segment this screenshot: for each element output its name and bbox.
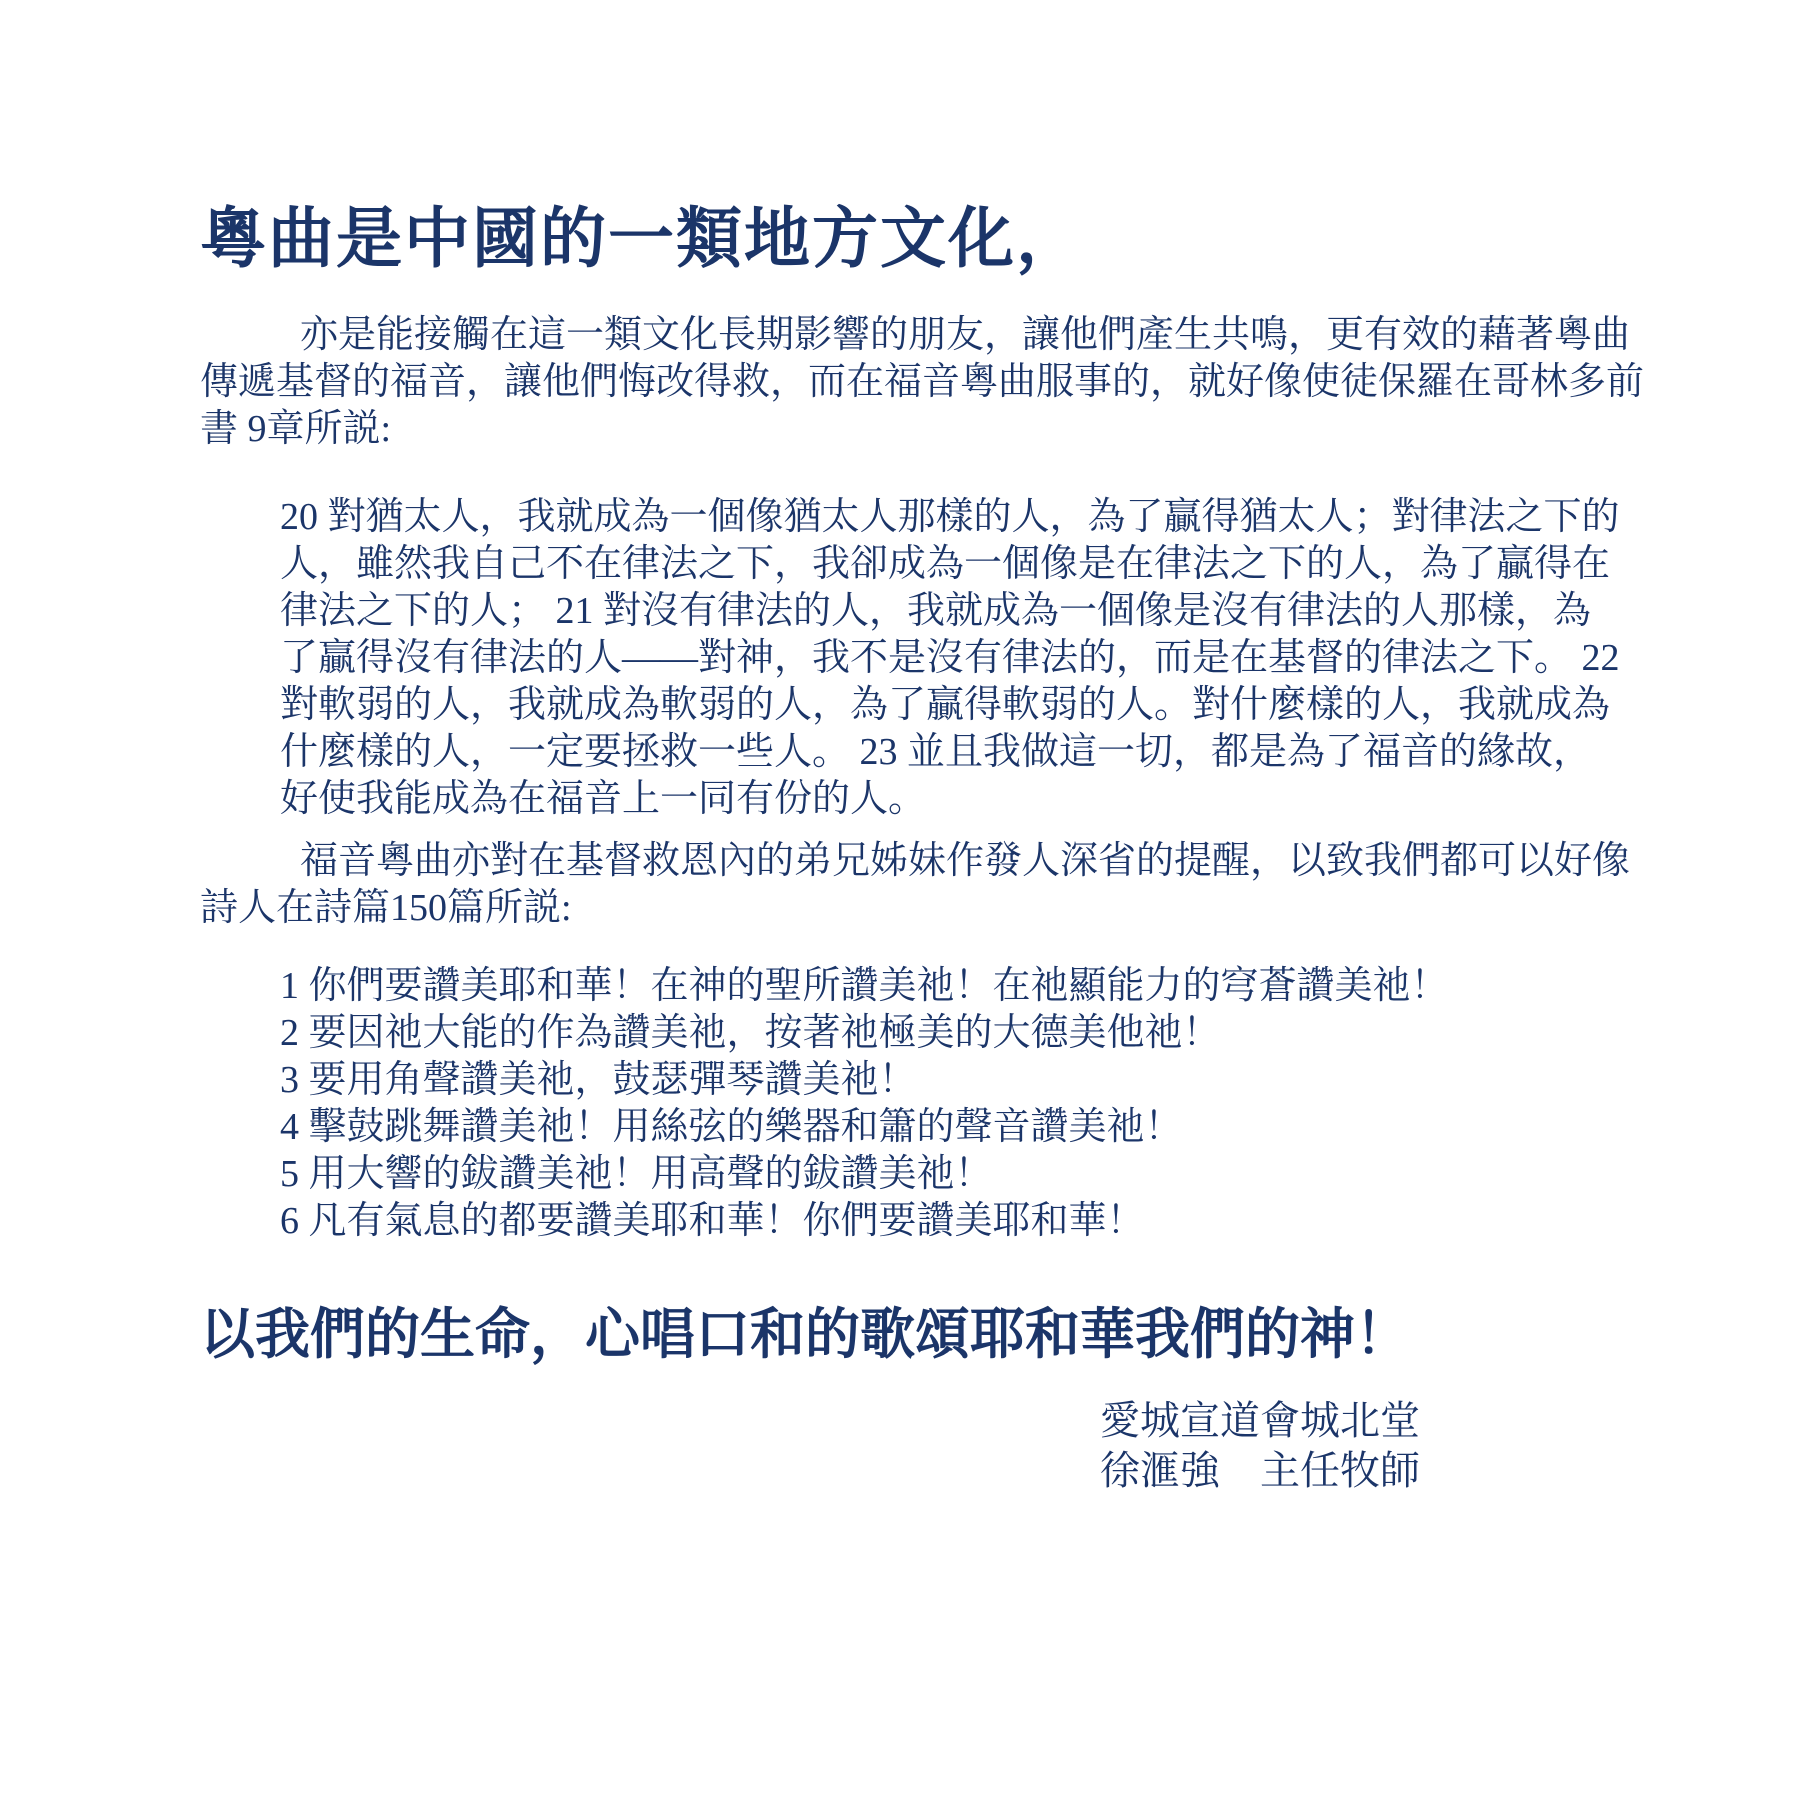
signature-church-name: 愛城宣道會城北堂 [200, 1396, 1420, 1446]
psalm-150-verse: 4 擊鼓跳舞讚美祂！用絲弦的樂器和簫的聲音讚美祂！ [280, 1104, 1449, 1151]
signature-pastor-name: 徐滙強 主任牧師 [200, 1446, 1420, 1496]
paragraph-intro-line: 書 9章所説: [200, 406, 1644, 453]
paragraph-intro: 亦是能接觸在這一類文化長期影響的朋友，讓他們產生共鳴，更有效的藉著粵曲 傳遞基督… [200, 312, 1644, 453]
quote-corinthians-line: 了贏得沒有律法的人——對神，我不是沒有律法的，而是在基督的律法之下。 22 [280, 635, 1620, 682]
document-page: 粵曲是中國的一類地方文化， 亦是能接觸在這一類文化長期影響的朋友，讓他們產生共鳴… [0, 0, 1800, 1800]
paragraph-intro-line: 亦是能接觸在這一類文化長期影響的朋友，讓他們產生共鳴，更有效的藉著粵曲 [200, 312, 1644, 359]
quote-corinthians-line: 人，雖然我自己不在律法之下，我卻成為一個像是在律法之下的人，為了贏得在 [280, 541, 1620, 588]
psalm-150-verse: 6 凡有氣息的都要讚美耶和華！你們要讚美耶和華！ [280, 1198, 1449, 1245]
paragraph-psalm-intro: 福音粵曲亦對在基督救恩內的弟兄姊妹作發人深省的提醒，以致我們都可以好像 詩人在詩… [200, 838, 1630, 932]
quote-corinthians-line: 20 對猶太人，我就成為一個像猶太人那樣的人，為了贏得猶太人；對律法之下的 [280, 494, 1620, 541]
paragraph-psalm-intro-line: 詩人在詩篇150篇所説: [200, 885, 1630, 932]
quote-corinthians-line: 對軟弱的人，我就成為軟弱的人，為了贏得軟弱的人。對什麼樣的人，我就成為 [280, 682, 1620, 729]
quote-corinthians-line: 什麼樣的人，一定要拯救一些人。 23 並且我做這一切，都是為了福音的緣故， [280, 729, 1620, 776]
psalm-150-verse: 1 你們要讚美耶和華！在神的聖所讚美祂！在祂顯能力的穹蒼讚美祂！ [280, 963, 1449, 1010]
paragraph-intro-line: 傳遞基督的福音，讓他們悔改得救，而在福音粵曲服事的，就好像使徒保羅在哥林多前 [200, 359, 1644, 406]
quote-corinthians-line: 好使我能成為在福音上一同有份的人。 [280, 776, 1620, 823]
quote-corinthians-line: 律法之下的人； 21 對沒有律法的人，我就成為一個像是沒有律法的人那樣，為 [280, 588, 1620, 635]
paragraph-psalm-intro-line: 福音粵曲亦對在基督救恩內的弟兄姊妹作發人深省的提醒，以致我們都可以好像 [200, 838, 1630, 885]
psalm-150-verse: 2 要因祂大能的作為讚美祂，按著祂極美的大德美他祂！ [280, 1010, 1449, 1057]
psalm-150-verse: 5 用大響的鈸讚美祂！用高聲的鈸讚美祂！ [280, 1151, 1449, 1198]
closing-statement: 以我們的生命，心唱口和的歌頌耶和華我們的神！ [200, 1290, 1410, 1369]
psalm-150-list: 1 你們要讚美耶和華！在神的聖所讚美祂！在祂顯能力的穹蒼讚美祂！ 2 要因祂大能… [280, 963, 1449, 1245]
quote-corinthians: 20 對猶太人，我就成為一個像猶太人那樣的人，為了贏得猶太人；對律法之下的 人，… [280, 494, 1620, 823]
signature-block: 愛城宣道會城北堂 徐滙強 主任牧師 [200, 1396, 1420, 1496]
document-title: 粵曲是中國的一類地方文化， [200, 185, 1084, 280]
psalm-150-verse: 3 要用角聲讚美祂，鼓瑟彈琴讚美祂！ [280, 1057, 1449, 1104]
